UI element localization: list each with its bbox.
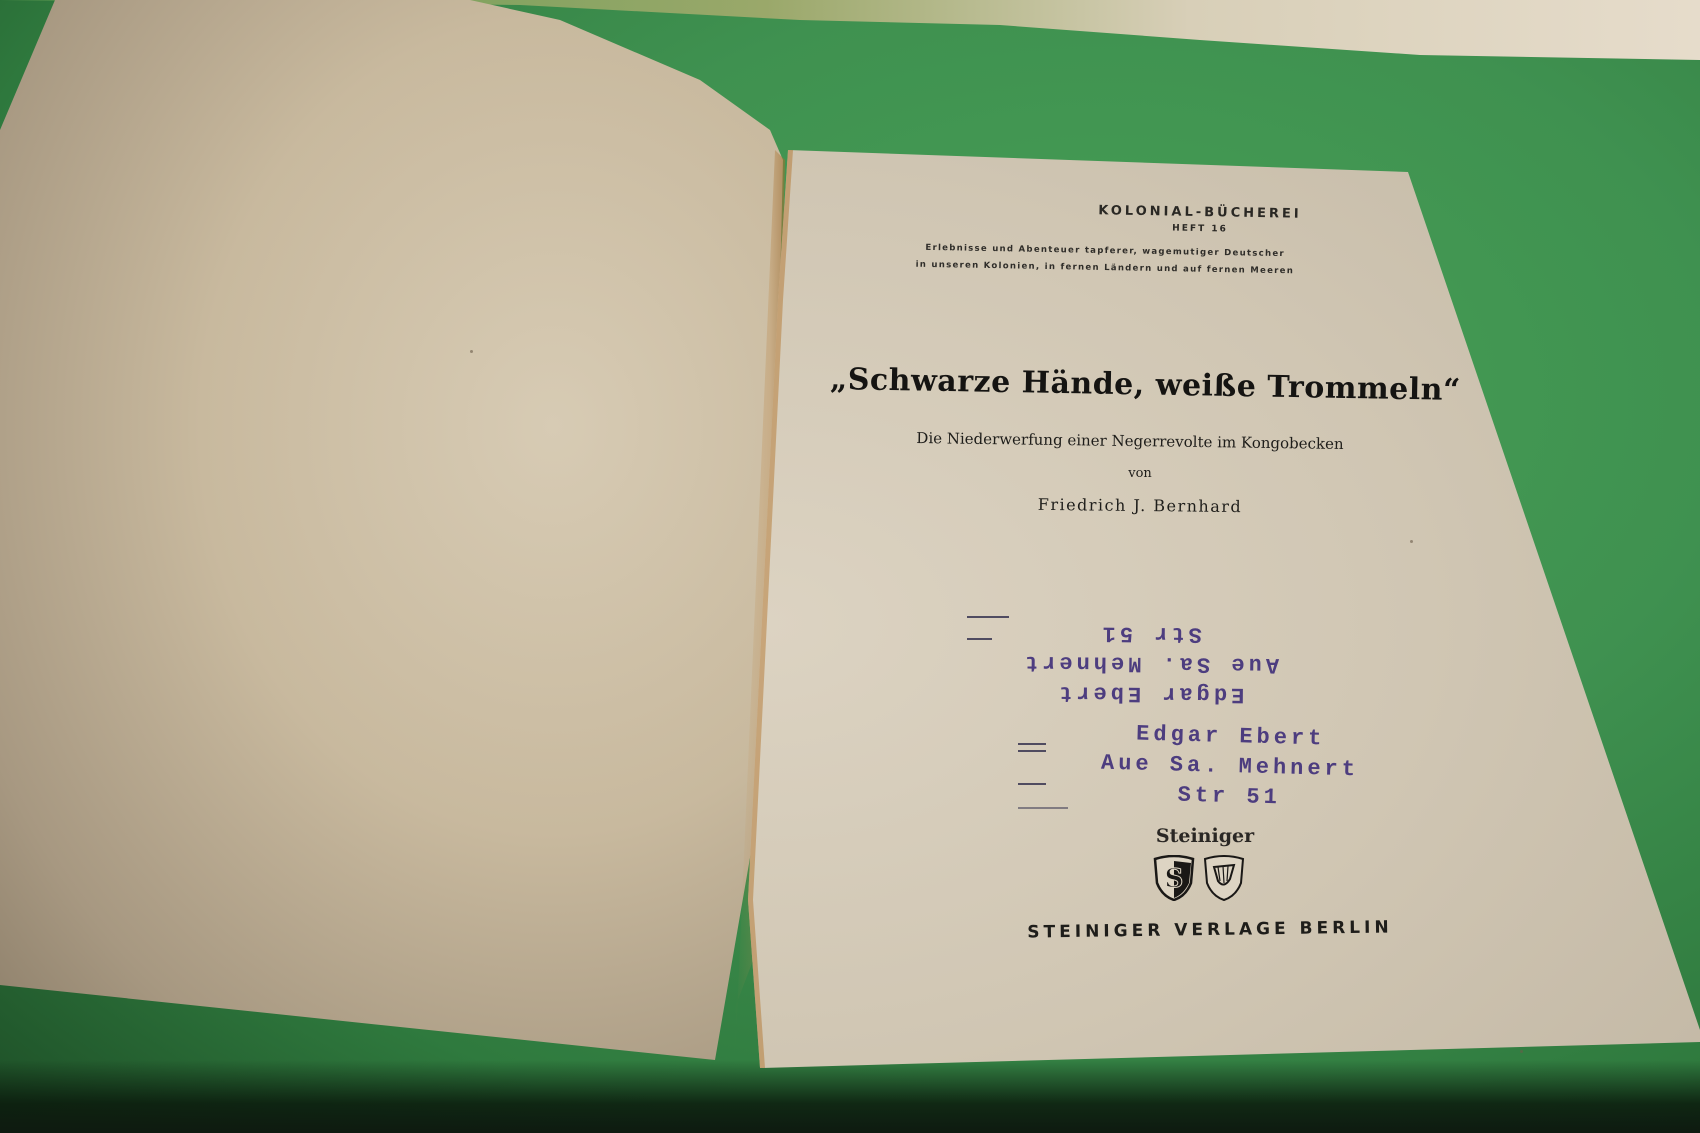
svg-text:S: S	[1165, 864, 1184, 894]
paper-speck	[1520, 1050, 1523, 1053]
stamp-line: Edgar Ebert	[990, 677, 1310, 710]
by-label: von	[1080, 466, 1200, 481]
paper-speck	[470, 350, 473, 353]
stamp-line: Str 51	[990, 617, 1310, 650]
s-shield-icon: S	[1152, 855, 1196, 901]
stamp-rule	[967, 638, 992, 640]
publisher-wordmark: Steiniger	[1130, 825, 1280, 847]
shield-logo-icon: S	[1152, 855, 1252, 903]
bottom-shadow	[0, 1060, 1700, 1133]
paper-speck	[1410, 540, 1413, 543]
owner-stamp-inverted: Edgar Ebert Aue Sa. Mehnert Str 51	[990, 617, 1311, 710]
author-name: Friedrich J. Bernhard	[1000, 495, 1280, 517]
left-blank-page	[0, 0, 790, 1065]
owner-stamp: Edgar Ebert Aue Sa. Mehnert Str 51	[1039, 717, 1421, 817]
harp-shield-icon	[1202, 855, 1246, 901]
stamp-line: Aue Sa. Mehnert	[990, 647, 1310, 680]
photo-scene: KOLONIAL-BÜCHEREI HEFT 16 Erlebnisse und…	[0, 0, 1700, 1133]
